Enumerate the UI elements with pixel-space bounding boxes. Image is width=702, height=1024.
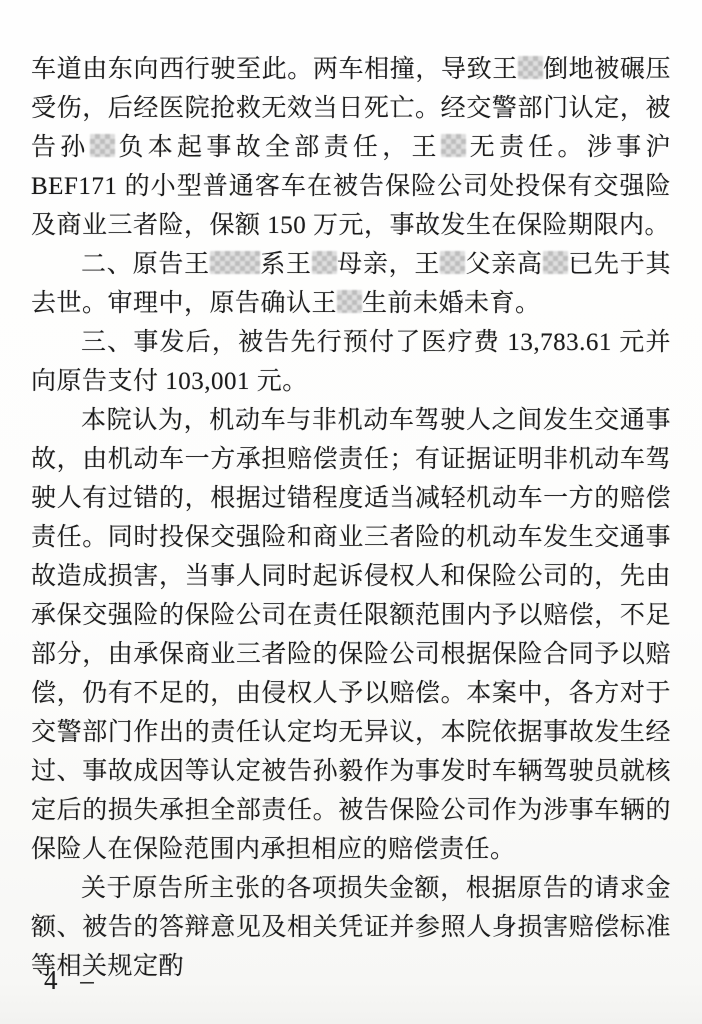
paragraph-text: 负本起事故全部责任，王 bbox=[115, 134, 441, 161]
paragraph-text: 车道由东向西行驶至此。两车相撞，导致王 bbox=[31, 56, 518, 83]
redacted-name-block bbox=[518, 56, 543, 79]
paragraph-text: 生前未婚未育。 bbox=[362, 290, 541, 317]
paragraph: 三、事发后，被告先行预付了医疗费 13,783.61 元并向原告支付 103,0… bbox=[31, 323, 671, 401]
paragraph-text: 二、原告王 bbox=[81, 251, 210, 278]
paragraph: 关于原告所主张的各项损失金额，根据原告的请求金额、被告的答辩意见及相关凭证并参照… bbox=[31, 869, 671, 986]
paragraph-text: 本院认为，机动车与非机动车驾驶人之间发生交通事故，由机动车一方承担赔偿责任；有证… bbox=[31, 407, 671, 863]
paragraph: 车道由东向西行驶至此。两车相撞，导致王倒地被碾压受伤，后经医院抢救无效当日死亡。… bbox=[31, 50, 671, 245]
redacted-name-block bbox=[337, 290, 362, 313]
paragraph: 本院认为，机动车与非机动车驾驶人之间发生交通事故，由机动车一方承担赔偿责任；有证… bbox=[31, 401, 671, 869]
redacted-name-block bbox=[543, 251, 568, 274]
paragraph-text: 三、事发后，被告先行预付了医疗费 13,783.61 元并向原告支付 103,0… bbox=[31, 329, 671, 395]
paragraph-text: 系王 bbox=[260, 251, 312, 278]
redacted-name-block bbox=[312, 251, 337, 274]
paragraph: 二、原告王系王母亲，王父亲高已先于其去世。审理中，原告确认王生前未婚未育。 bbox=[31, 245, 671, 323]
page-number: 4 – bbox=[44, 965, 102, 996]
paragraph-text: 母亲，王 bbox=[337, 251, 440, 278]
paragraph-text: 关于原告所主张的各项损失金额，根据原告的请求金额、被告的答辩意见及相关凭证并参照… bbox=[31, 875, 671, 980]
document-body: 车道由东向西行驶至此。两车相撞，导致王倒地被碾压受伤，后经医院抢救无效当日死亡。… bbox=[31, 50, 671, 986]
document-page: 车道由东向西行驶至此。两车相撞，导致王倒地被碾压受伤，后经医院抢救无效当日死亡。… bbox=[0, 0, 702, 1024]
redacted-name-block bbox=[441, 134, 466, 157]
paragraph-text: 父亲高 bbox=[465, 251, 543, 278]
redacted-name-block bbox=[440, 251, 465, 274]
redacted-name-block bbox=[90, 134, 115, 157]
redacted-name-block bbox=[210, 251, 260, 274]
